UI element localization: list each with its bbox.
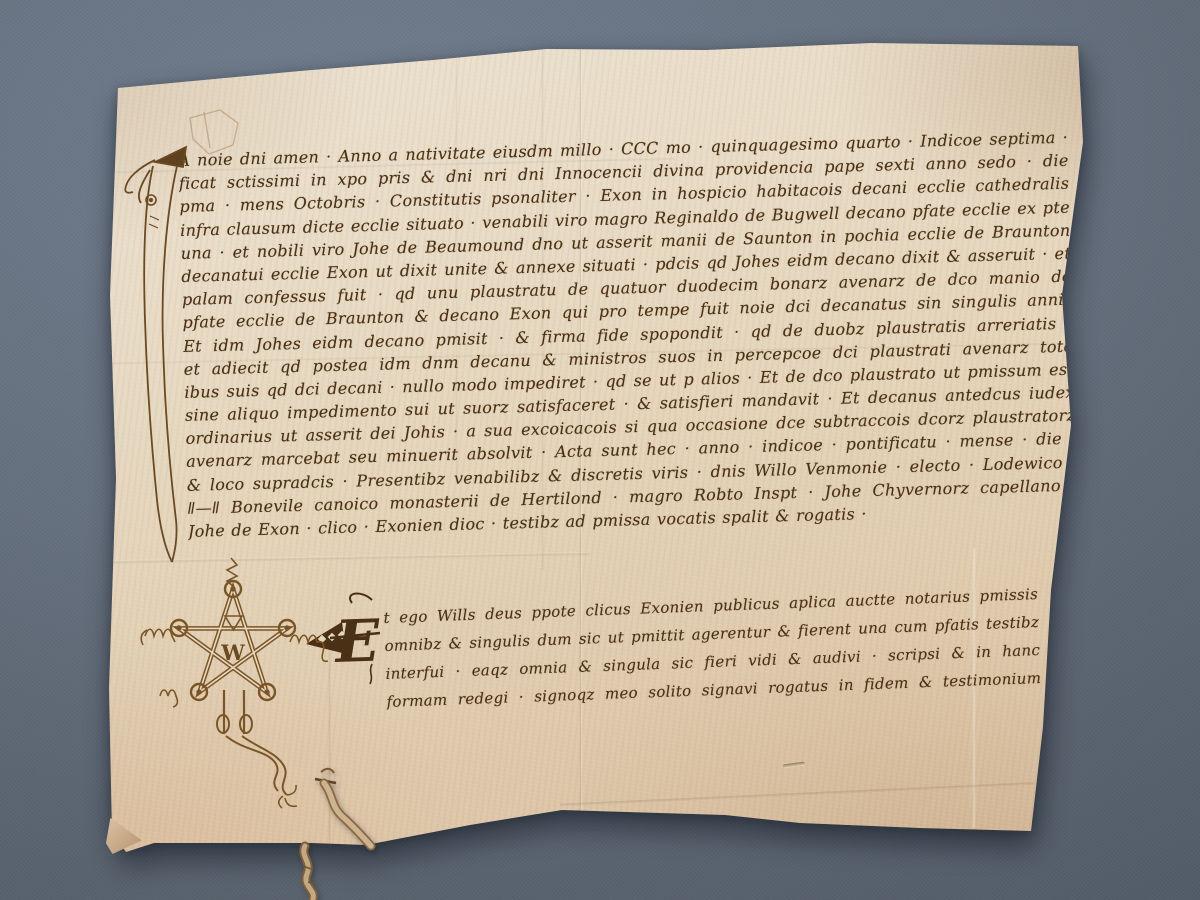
main-text-block: A noie dni amen · Anno a nativitate eius… — [178, 126, 1078, 543]
photograph-of-charter: A noie dni amen · Anno a nativitate eius… — [0, 0, 1200, 900]
notarial-attestation-block: t ego Wills deus ppote clicus Exonien pu… — [383, 580, 1042, 716]
seal-tag — [280, 758, 400, 900]
marginal-pennant-drawing-icon — [112, 98, 242, 578]
parchment-sheet: A noie dni amen · Anno a nativitate eius… — [0, 0, 1200, 900]
svg-text:W: W — [220, 640, 245, 665]
parchment-document: A noie dni amen · Anno a nativitate eius… — [0, 0, 1200, 900]
